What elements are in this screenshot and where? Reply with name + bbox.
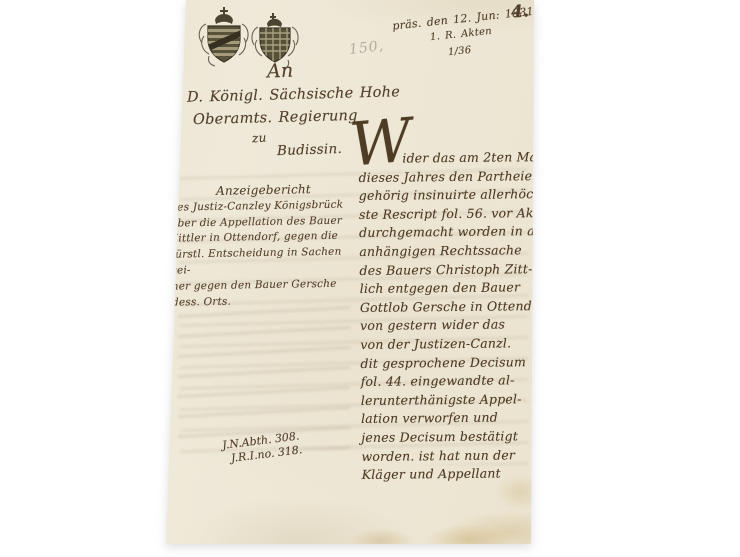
double-coat-of-arms <box>196 4 314 80</box>
body-line: lerunterthänigste Appel- <box>361 390 547 411</box>
summary-line: dess. Orts. <box>172 292 360 311</box>
body-line: Gottlob Gersche in Ottendorf <box>360 297 546 318</box>
body-line: ider das am 2ten May <box>358 148 544 169</box>
pencil-number: 150, <box>348 38 385 58</box>
body-line: ste Rescript fol. 56. vor Akt- <box>359 204 545 225</box>
paper-shadow: präs. den 12. Jun: 1831. 4. 1. R. Akten … <box>0 0 740 557</box>
margin-summary: Anzeigebericht des Justiz-Canzley Königs… <box>170 181 360 311</box>
body-line: von der Justizen-Canzl. <box>360 334 546 355</box>
body-line: dieses Jahres den Partheien <box>358 167 544 188</box>
photo-background: { "photo": { "background_color": "#fffff… <box>0 0 740 557</box>
address-place: Budissin. <box>277 141 343 159</box>
document-number: 4. <box>510 1 530 22</box>
body-line: des Bauers Christoph Zitt- <box>359 260 545 281</box>
photo-stage: präs. den 12. Jun: 1831. 4. 1. R. Akten … <box>0 0 740 557</box>
summary-line: fürstl. Entscheidung in Sachen sei- <box>171 245 360 280</box>
body-line: worden. ist hat nun der <box>361 446 547 467</box>
body-line: dit gesprochene Decisum <box>360 353 546 374</box>
main-text-column: ider das am 2ten May dieses Jahres den P… <box>358 148 547 485</box>
filing-note: 1. R. Akten <box>430 26 493 43</box>
summary-line: ner gegen den Bauer Gersche <box>172 276 360 295</box>
body-line: gehörig insinuirte allerhöch- <box>359 185 545 206</box>
body-line: anhängigen Rechtssache <box>359 241 545 262</box>
document-paper: präs. den 12. Jun: 1831. 4. 1. R. Akten … <box>0 0 740 557</box>
address-authority: Oberamts. Regierung <box>193 108 358 128</box>
coat-of-arms-left-icon <box>196 7 250 66</box>
body-line: lich entgegen den Bauer <box>360 278 546 299</box>
body-line: Kläger und Appellant <box>362 464 548 485</box>
verso-showthrough-texture <box>178 305 350 450</box>
address-salutation: An <box>267 60 294 83</box>
address-recipient: D. Königl. Sächsische Hohe <box>187 84 400 106</box>
fraction-note: 1/36 <box>447 45 471 58</box>
body-line: lation verworfen und <box>361 408 547 429</box>
body-line: jenes Decisum bestätigt <box>361 427 547 448</box>
body-line: fol. 44. eingewandte al- <box>361 371 547 392</box>
registry-marks: J.N.Abth. 308. J.R.I.no. 318. <box>222 429 303 466</box>
body-line: von gestern wider das <box>360 315 546 336</box>
address-zu: zu <box>252 131 268 146</box>
body-line: durchgemacht worden in allhier <box>359 222 545 243</box>
